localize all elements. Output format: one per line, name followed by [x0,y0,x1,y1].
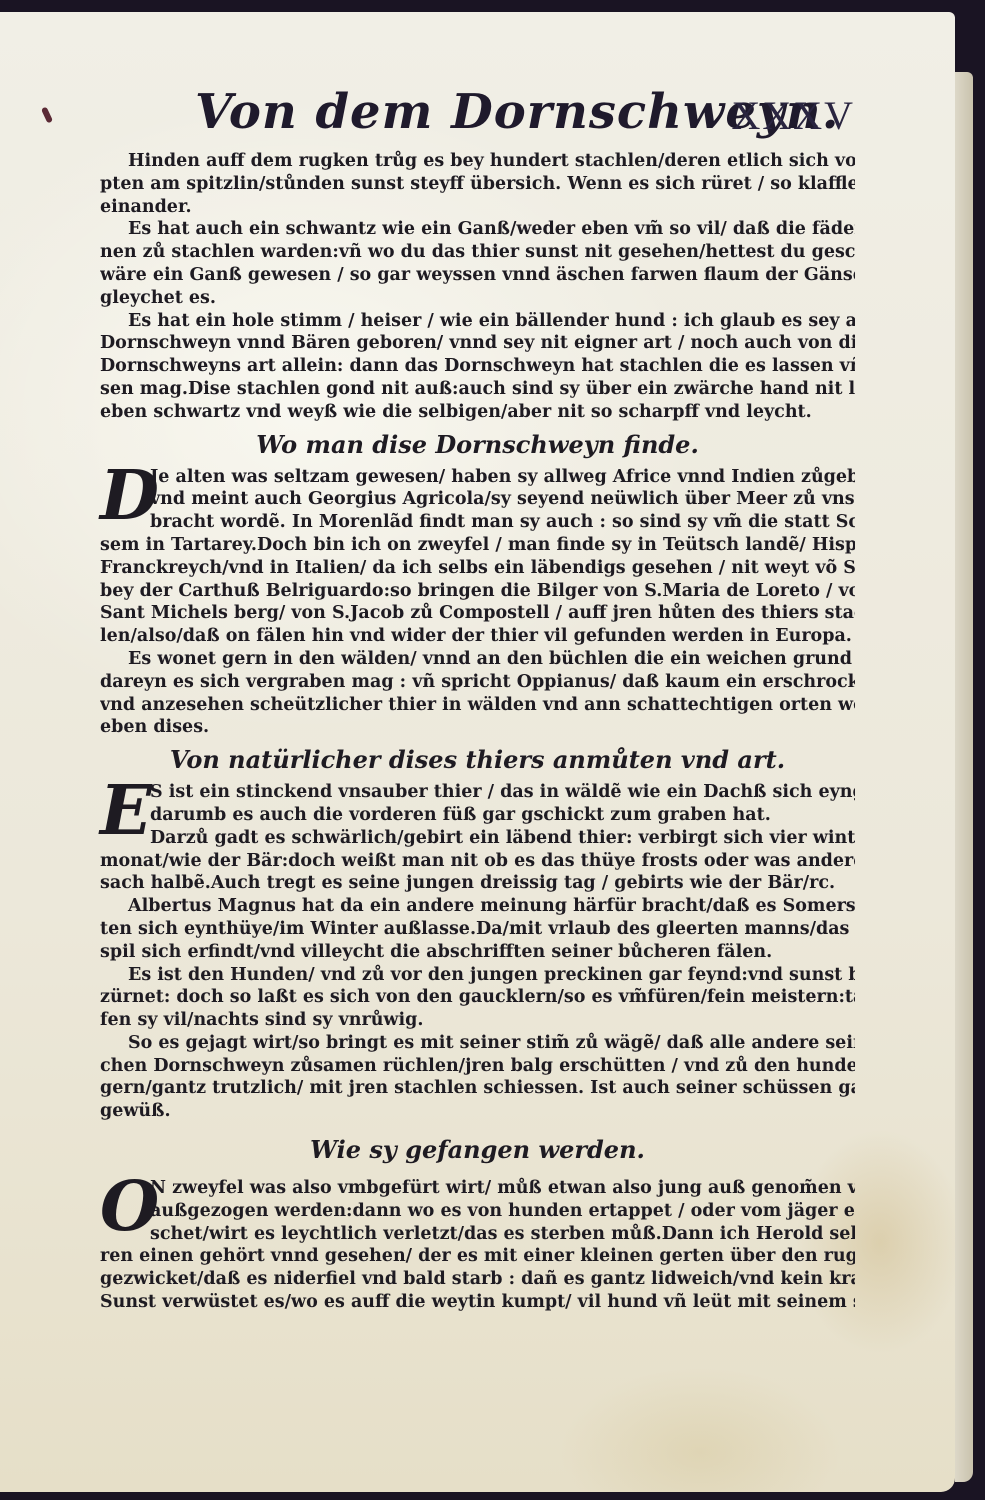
text-line: So es gejagt wirt/so bringt es mit seine… [100,1032,855,1055]
text-line: bey der Carthuß Belriguardo:so bringen d… [100,580,855,603]
paragraph-with-initial: D Je alten was seltzam gewesen/ haben sy… [100,466,855,534]
text-line: einander. [100,196,855,219]
drop-cap-initial: E [100,779,146,843]
text-line: chen Dornschweyn zůsamen rüchlen/jren ba… [100,1055,855,1078]
paragraph-with-initial: O N zweyfel was also vmbgefürt wirt/ můß… [100,1177,855,1245]
text-line: vnd anzesehen scheützlicher thier in wäl… [100,694,855,717]
text-line: wäre ein Ganß gewesen / so gar weyssen v… [100,264,855,287]
text-line: eben schwartz vnd weyß wie die selbigen/… [100,401,855,424]
text-line: Albertus Magnus hat da ein andere meinun… [100,895,855,918]
section-heading-where-found: Wo man dise Dornschweyn finde. [100,424,855,466]
text-line: fen sy vil/nachts sind sy vnrůwig. [100,1009,855,1032]
text-line: gleychet es. [100,287,855,310]
text-line: spil sich erfindt/vnd villeycht die absc… [100,941,855,964]
page-edge [955,72,973,1482]
book-page: Von dem Dornschweyn. XXXV Hinden auff de… [0,12,955,1492]
text-line: sach halbẽ.Auch tregt es seine jungen dr… [100,872,855,895]
text-line: dareyn es sich vergraben mag : vñ sprich… [100,671,855,694]
drop-cap-initial: D [100,464,146,528]
text-line: darumb es auch die vorderen füß gar gsch… [100,804,855,827]
main-text: Hinden auff dem rugken trůg es bey hunde… [100,150,855,1314]
text-line: sen mag.Dise stachlen gond nit auß:auch … [100,378,855,401]
text-line: Hinden auff dem rugken trůg es bey hunde… [100,150,855,173]
text-line: zürnet: doch so laßt es sich von den gau… [100,986,855,1009]
text-line: Dornschweyn vnnd Bären geboren/ vnnd sey… [100,332,855,355]
text-line: Es wonet gern in den wälden/ vnnd an den… [100,648,855,671]
text-line: Je alten was seltzam gewesen/ haben sy a… [100,466,855,489]
text-line: eben dises. [100,716,855,739]
text-line: Dornschweyns art allein: dann das Dornsc… [100,355,855,378]
text-line: schet/wirt es leychtlich verletzt/das es… [100,1223,855,1246]
text-line: ten sich eynthüye/im Winter außlasse.Da/… [100,918,855,941]
text-line: Franckreych/vnd in Italien/ da ich selbs… [100,557,855,580]
text-line: S ist ein stinckend vnsauber thier / das… [100,781,855,804]
section-heading-caught: Wie sy gefangen werden. [100,1129,855,1171]
text-line: Sunst verwüstet es/wo es auff die weytin… [100,1291,855,1314]
paragraph-with-initial: E S ist ein stinckend vnsauber thier / d… [100,781,855,849]
text-line: Es hat auch ein schwantz wie ein Ganß/we… [100,218,855,241]
text-line: N zweyfel was also vmbgefürt wirt/ můß e… [100,1177,855,1200]
text-line: ren einen gehört vnnd gesehen/ der es mi… [100,1245,855,1268]
text-line: sem in Tartarey.Doch bin ich on zweyfel … [100,534,855,557]
text-line: gezwicket/daß es niderfiel vnd bald star… [100,1268,855,1291]
text-line: gern/gantz trutzlich/ mit jren stachlen … [100,1077,855,1100]
text-line: Es hat ein hole stimm / heiser / wie ein… [100,310,855,333]
text-line: monat/wie der Bär:doch weißt man nit ob … [100,850,855,873]
running-header: Von dem Dornschweyn. XXXV [195,84,855,154]
text-line: nen zů stachlen warden:vñ wo du das thie… [100,241,855,264]
text-line: pten am spitzlin/stůnden sunst steyff üb… [100,173,855,196]
text-line: vnd meint auch Georgius Agricola/sy seye… [100,488,855,511]
text-line: Es ist den Hunden/ vnd zů vor den jungen… [100,964,855,987]
text-line: außgezogen werden:dann wo es von hunden … [100,1200,855,1223]
text-line: gewüß. [100,1100,855,1123]
folio-number: XXXV [731,92,855,139]
drop-cap-initial: O [100,1175,146,1239]
text-line: len/also/daß on fälen hin vnd wider der … [100,625,855,648]
text-line: Sant Michels berg/ von S.Jacob zů Compos… [100,602,855,625]
section-heading-nature: Von natürlicher dises thiers anmůten vnd… [100,739,855,781]
ink-stain [41,106,53,123]
text-line: bracht wordẽ. In Morenlãd findt man sy a… [100,511,855,534]
text-line: Darzů gadt es schwärlich/gebirt ein läbe… [100,827,855,850]
